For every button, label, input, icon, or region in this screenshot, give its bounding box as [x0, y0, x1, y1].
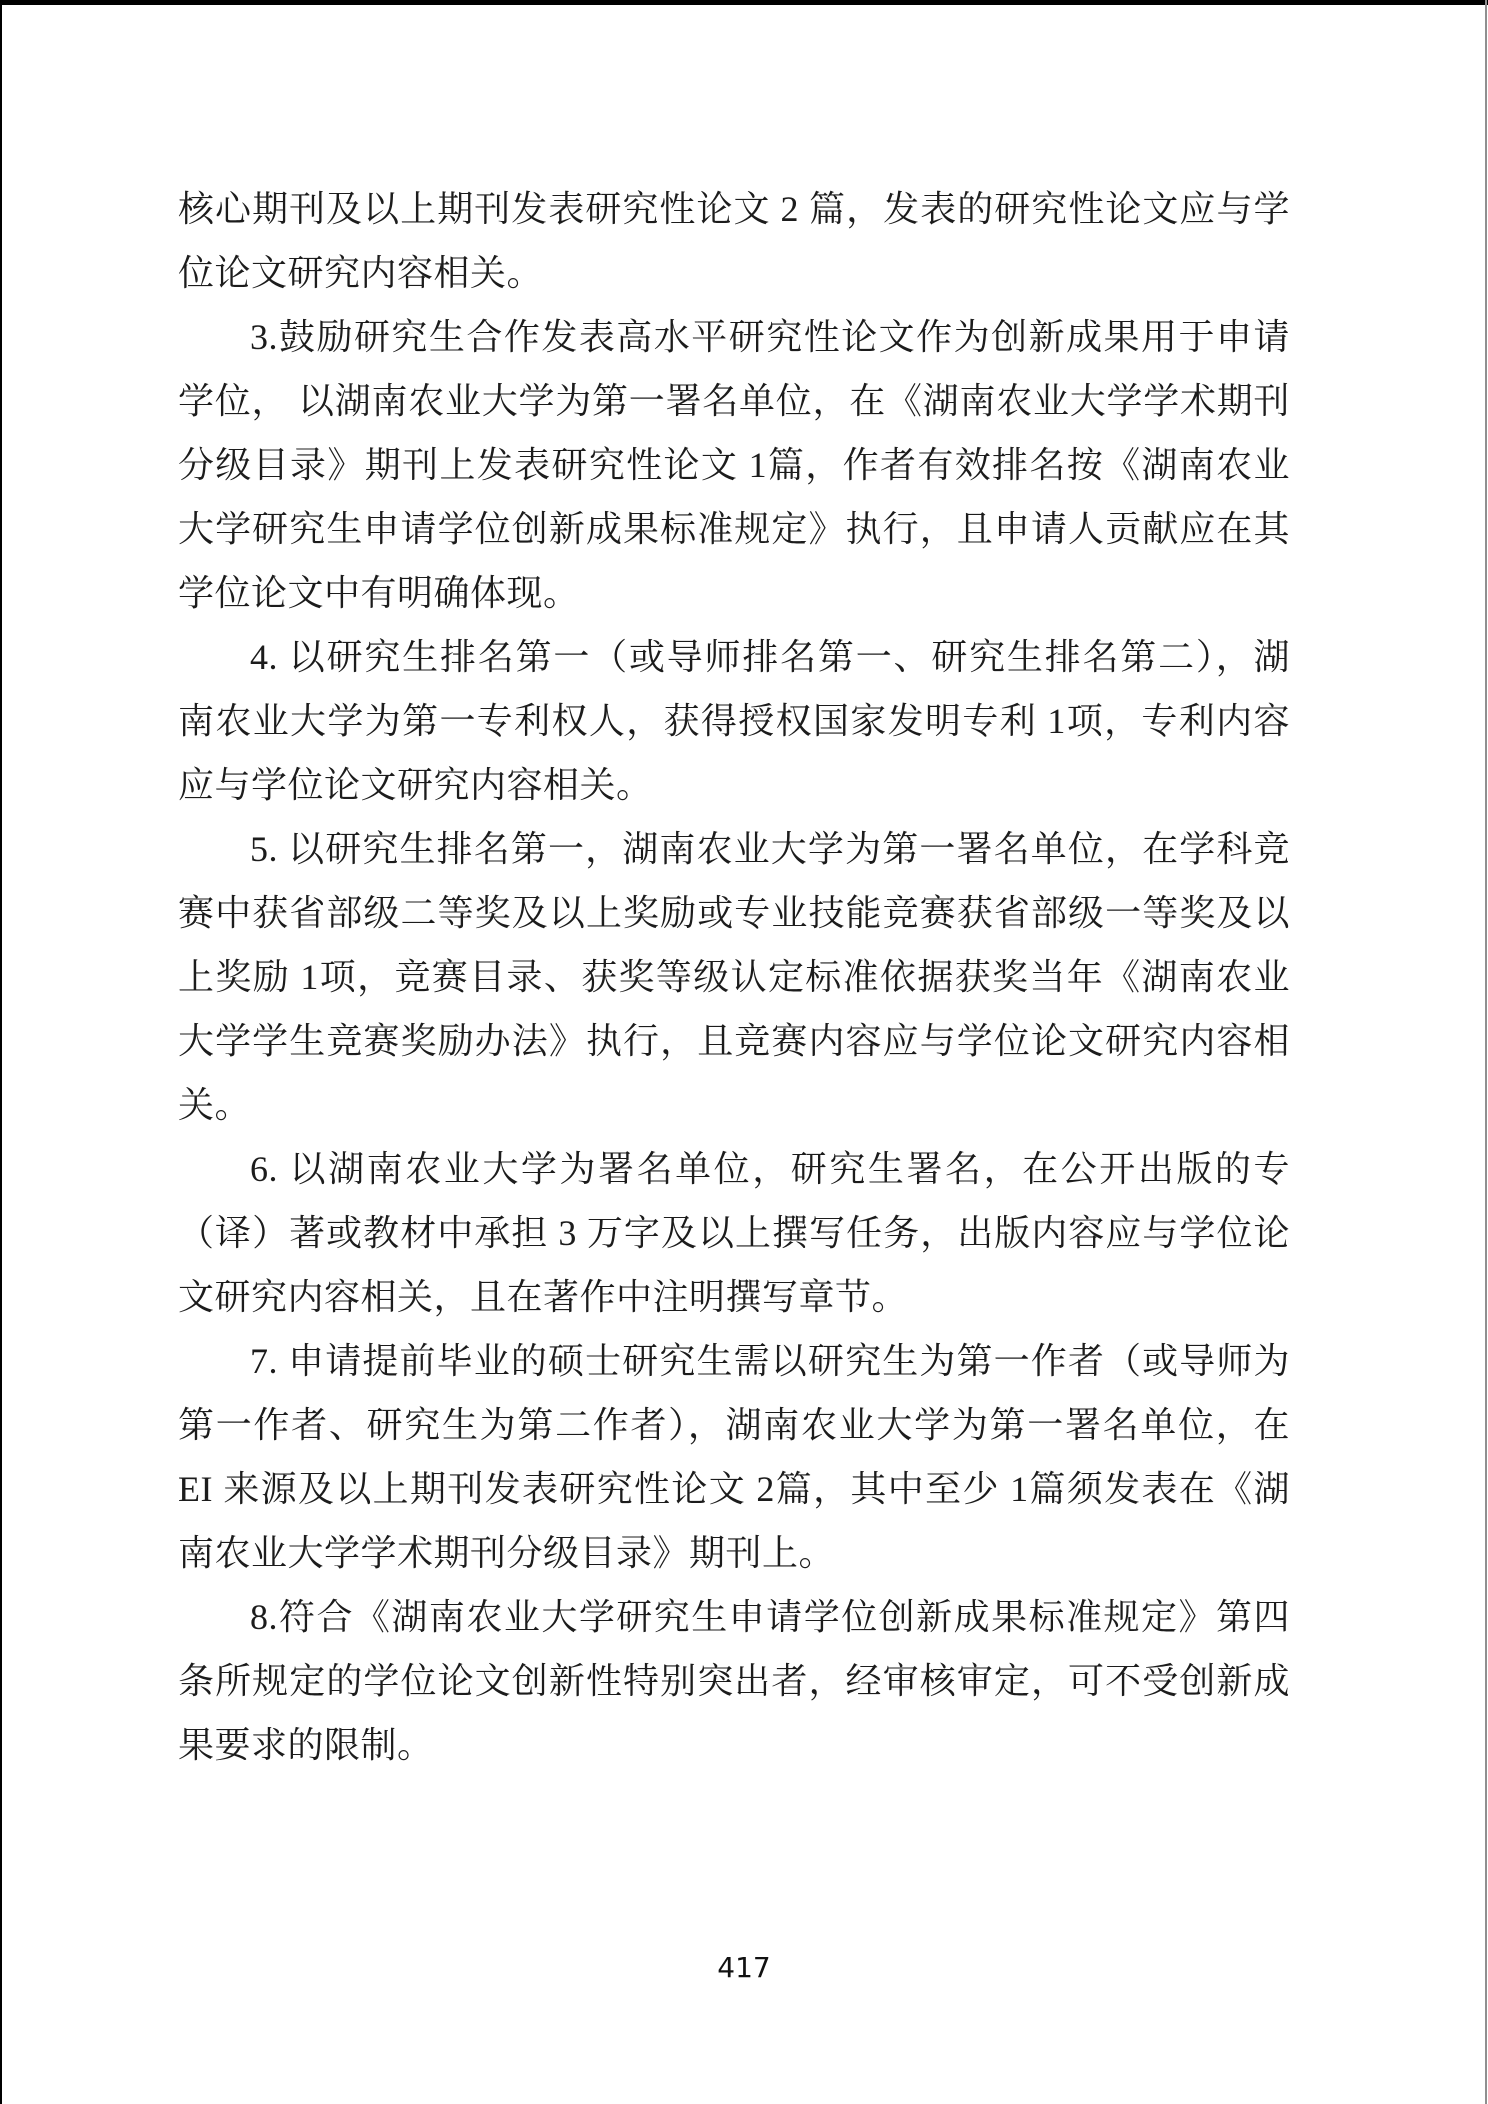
page-edge-left: [0, 0, 2, 2104]
paragraph-item-8: 8.符合《湖南农业大学研究生申请学位创新成果标准规定》第四条所规定的学位论文创新…: [178, 1585, 1290, 1777]
paragraph-item-4: 4. 以研究生排名第一（或导师排名第一、研究生排名第二），湖南农业大学为第一专利…: [178, 625, 1290, 817]
page-number: 417: [0, 1950, 1488, 1986]
paragraph-item-6: 6. 以湖南农业大学为署名单位，研究生署名，在公开出版的专（译）著或教材中承担 …: [178, 1137, 1290, 1329]
paragraph-item-7: 7. 申请提前毕业的硕士研究生需以研究生为第一作者（或导师为第一作者、研究生为第…: [178, 1329, 1290, 1585]
page-edge-top: [0, 0, 1488, 5]
page-edge-right: [1485, 0, 1487, 2104]
paragraph-continuation: 核心期刊及以上期刊发表研究性论文 2 篇，发表的研究性论文应与学位论文研究内容相…: [178, 177, 1290, 305]
paragraph-item-5: 5. 以研究生排名第一，湖南农业大学为第一署名单位，在学科竞赛中获省部级二等奖及…: [178, 817, 1290, 1137]
document-text-block: 核心期刊及以上期刊发表研究性论文 2 篇，发表的研究性论文应与学位论文研究内容相…: [178, 177, 1290, 1777]
paragraph-item-3: 3.鼓励研究生合作发表高水平研究性论文作为创新成果用于申请学位， 以湖南农业大学…: [178, 305, 1290, 625]
